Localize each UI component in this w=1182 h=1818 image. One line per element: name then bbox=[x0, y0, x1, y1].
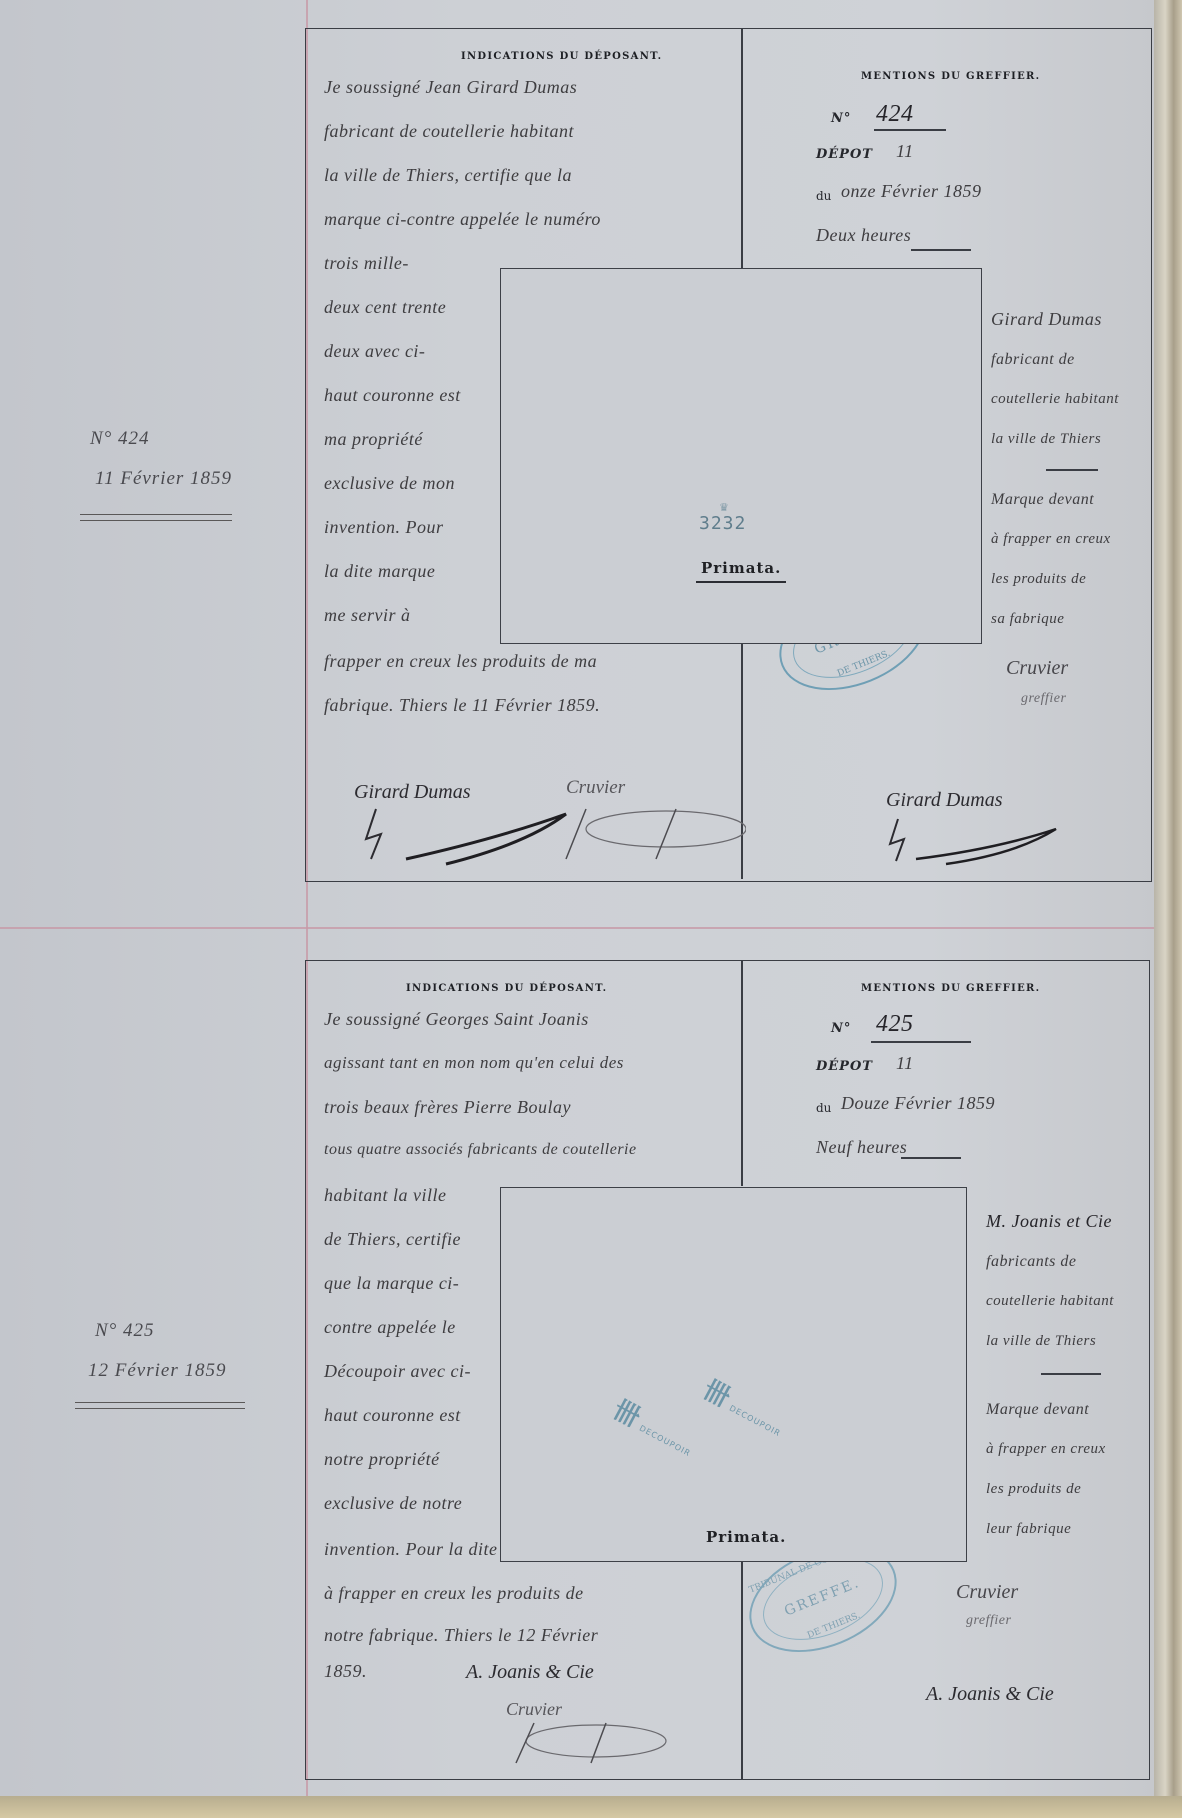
deposant-line: haut couronne est bbox=[324, 1405, 461, 1426]
marque-line: les produits de bbox=[986, 1481, 1081, 1498]
deposant-header: INDICATIONS DU DÉPOSANT. bbox=[406, 983, 607, 994]
clerk-signature-right: Cruvier bbox=[956, 1581, 1018, 1604]
du-label: du bbox=[816, 1101, 831, 1115]
deposant-line: notre propriété bbox=[324, 1449, 440, 1470]
date-value: Douze Février 1859 bbox=[841, 1093, 995, 1114]
deposant-line: tous quatre associés fabricants de coute… bbox=[324, 1141, 637, 1159]
deposant-line: marque ci-contre appelée le numéro bbox=[324, 209, 601, 230]
margin-note-number: N° 424 bbox=[90, 428, 150, 450]
book-bottom-edge bbox=[0, 1796, 1182, 1818]
marque-line: Marque devant bbox=[986, 1401, 1089, 1419]
deposant-line: de Thiers, certifie bbox=[324, 1229, 461, 1250]
time-underline bbox=[911, 249, 971, 251]
deposant-line: exclusive de notre bbox=[324, 1493, 462, 1514]
deposant-line: fabricant de coutellerie habitant bbox=[324, 121, 574, 142]
mark-impression-label: DECOUPOIR bbox=[638, 1424, 693, 1459]
margin-double-rule bbox=[80, 514, 232, 521]
margin-note-number: N° 425 bbox=[95, 1320, 155, 1342]
depositor-line: coutellerie habitant bbox=[991, 391, 1119, 408]
depositor-line: fabricants de bbox=[986, 1253, 1077, 1271]
clerk-signature-right: Cruvier bbox=[1006, 657, 1068, 680]
deposant-line: deux avec ci- bbox=[324, 341, 425, 362]
mark-name: Primata. bbox=[706, 1528, 786, 1546]
time-value: Neuf heures bbox=[816, 1137, 907, 1158]
entry-separator-rule bbox=[0, 927, 1160, 929]
deposant-line: me servir à bbox=[324, 605, 410, 626]
deposant-line: notre fabrique. Thiers le 12 Février bbox=[324, 1625, 598, 1646]
greffier-header: MENTIONS DU GREFFIER. bbox=[861, 983, 1040, 994]
deposant-line: Je soussigné Jean Girard Dumas bbox=[324, 77, 577, 98]
mark-box-2: 卌 DECOUPOIR 卌 DECOUPOIR Primata. bbox=[500, 1187, 967, 1562]
deposant-line: exclusive de mon bbox=[324, 473, 455, 494]
deposant-line: la ville de Thiers, certifie que la bbox=[324, 165, 572, 186]
deposant-line: frapper en creux les produits de ma bbox=[324, 651, 597, 672]
deposant-line: trois beaux frères Pierre Boulay bbox=[324, 1097, 571, 1118]
margin-note-date: 11 Février 1859 bbox=[95, 468, 232, 490]
depot-value: 11 bbox=[896, 141, 914, 162]
date-value: onze Février 1859 bbox=[841, 181, 981, 202]
margin-note-date: 12 Février 1859 bbox=[88, 1360, 226, 1382]
marque-line: les produits de bbox=[991, 571, 1086, 588]
deposant-line: Je soussigné Georges Saint Joanis bbox=[324, 1009, 589, 1030]
deposant-line: la dite marque bbox=[324, 561, 435, 582]
mark-impression-label: DECOUPOIR bbox=[728, 1404, 783, 1439]
clerk-signature-sub: greffier bbox=[1021, 691, 1066, 707]
signature-flourish-right bbox=[876, 809, 1076, 869]
section-divider bbox=[1046, 469, 1098, 471]
depositor-line: la ville de Thiers bbox=[986, 1333, 1096, 1350]
marque-line: leur fabrique bbox=[986, 1521, 1071, 1538]
column-divider-top bbox=[741, 29, 743, 269]
column-divider-top bbox=[741, 961, 743, 1186]
clerk-flourish bbox=[486, 1701, 686, 1771]
depositor-line: fabricant de bbox=[991, 351, 1075, 369]
depositor-signature-right: A. Joanis & Cie bbox=[926, 1683, 1054, 1706]
deposant-line: Découpoir avec ci- bbox=[324, 1361, 471, 1382]
time-value: Deux heures bbox=[816, 225, 911, 246]
du-label: du bbox=[816, 189, 831, 203]
registry-page: N° 424 11 Février 1859 INDICATIONS DU DÉ… bbox=[0, 0, 1160, 1818]
deposant-line: agissant tant en mon nom qu'en celui des bbox=[324, 1053, 624, 1073]
marque-line: Marque devant bbox=[991, 491, 1094, 509]
depot-label: DÉPOT bbox=[816, 147, 873, 162]
mark-number: 3232 bbox=[699, 513, 746, 534]
mark-impression: 卌 DECOUPOIR bbox=[607, 1389, 702, 1463]
numero-label: N° bbox=[831, 111, 851, 126]
deposant-line: trois mille- bbox=[324, 253, 409, 274]
clerk-flourish bbox=[546, 789, 746, 869]
numero-underline bbox=[871, 1041, 971, 1043]
depositor-line: M. Joanis et Cie bbox=[986, 1211, 1112, 1232]
mark-name: Primata. bbox=[701, 559, 781, 577]
mark-impression: 卌 DECOUPOIR bbox=[697, 1369, 792, 1443]
mark-name-underline bbox=[696, 581, 786, 583]
deposant-line: haut couronne est bbox=[324, 385, 461, 406]
depositor-line: coutellerie habitant bbox=[986, 1293, 1114, 1310]
clerk-signature-sub: greffier bbox=[966, 1613, 1011, 1629]
depositor-signature: A. Joanis & Cie bbox=[466, 1661, 594, 1684]
deposant-line: à frapper en creux les produits de bbox=[324, 1583, 584, 1604]
numero-underline bbox=[874, 129, 946, 131]
depot-value: 11 bbox=[896, 1053, 914, 1074]
depositor-line: la ville de Thiers bbox=[991, 431, 1101, 448]
marque-line: sa fabrique bbox=[991, 611, 1064, 628]
numero-label: N° bbox=[831, 1021, 851, 1036]
depositor-line: Girard Dumas bbox=[991, 309, 1102, 330]
time-underline bbox=[901, 1157, 961, 1159]
depot-label: DÉPOT bbox=[816, 1059, 873, 1074]
deposant-line: habitant la ville bbox=[324, 1185, 447, 1206]
deposant-line: invention. Pour bbox=[324, 517, 443, 538]
greffier-header: MENTIONS DU GREFFIER. bbox=[861, 71, 1040, 82]
numero-value: 424 bbox=[876, 101, 914, 128]
deposant-line: ma propriété bbox=[324, 429, 423, 450]
section-divider bbox=[1041, 1373, 1101, 1375]
numero-value: 425 bbox=[876, 1011, 914, 1038]
deposant-line: que la marque ci- bbox=[324, 1273, 459, 1294]
deposant-line: fabrique. Thiers le 11 Février 1859. bbox=[324, 695, 600, 716]
book-spine-edge bbox=[1154, 0, 1182, 1818]
margin-double-rule bbox=[75, 1402, 245, 1409]
mark-box-1: ♛ 3232 Primata. bbox=[500, 268, 982, 644]
deposant-line: 1859. bbox=[324, 1661, 367, 1682]
signature-flourish bbox=[346, 799, 576, 869]
deposant-line: contre appelée le bbox=[324, 1317, 456, 1338]
marque-line: à frapper en creux bbox=[986, 1441, 1106, 1458]
deposant-line: deux cent trente bbox=[324, 297, 446, 318]
marque-line: à frapper en creux bbox=[991, 531, 1111, 548]
deposant-header: INDICATIONS DU DÉPOSANT. bbox=[461, 51, 662, 62]
